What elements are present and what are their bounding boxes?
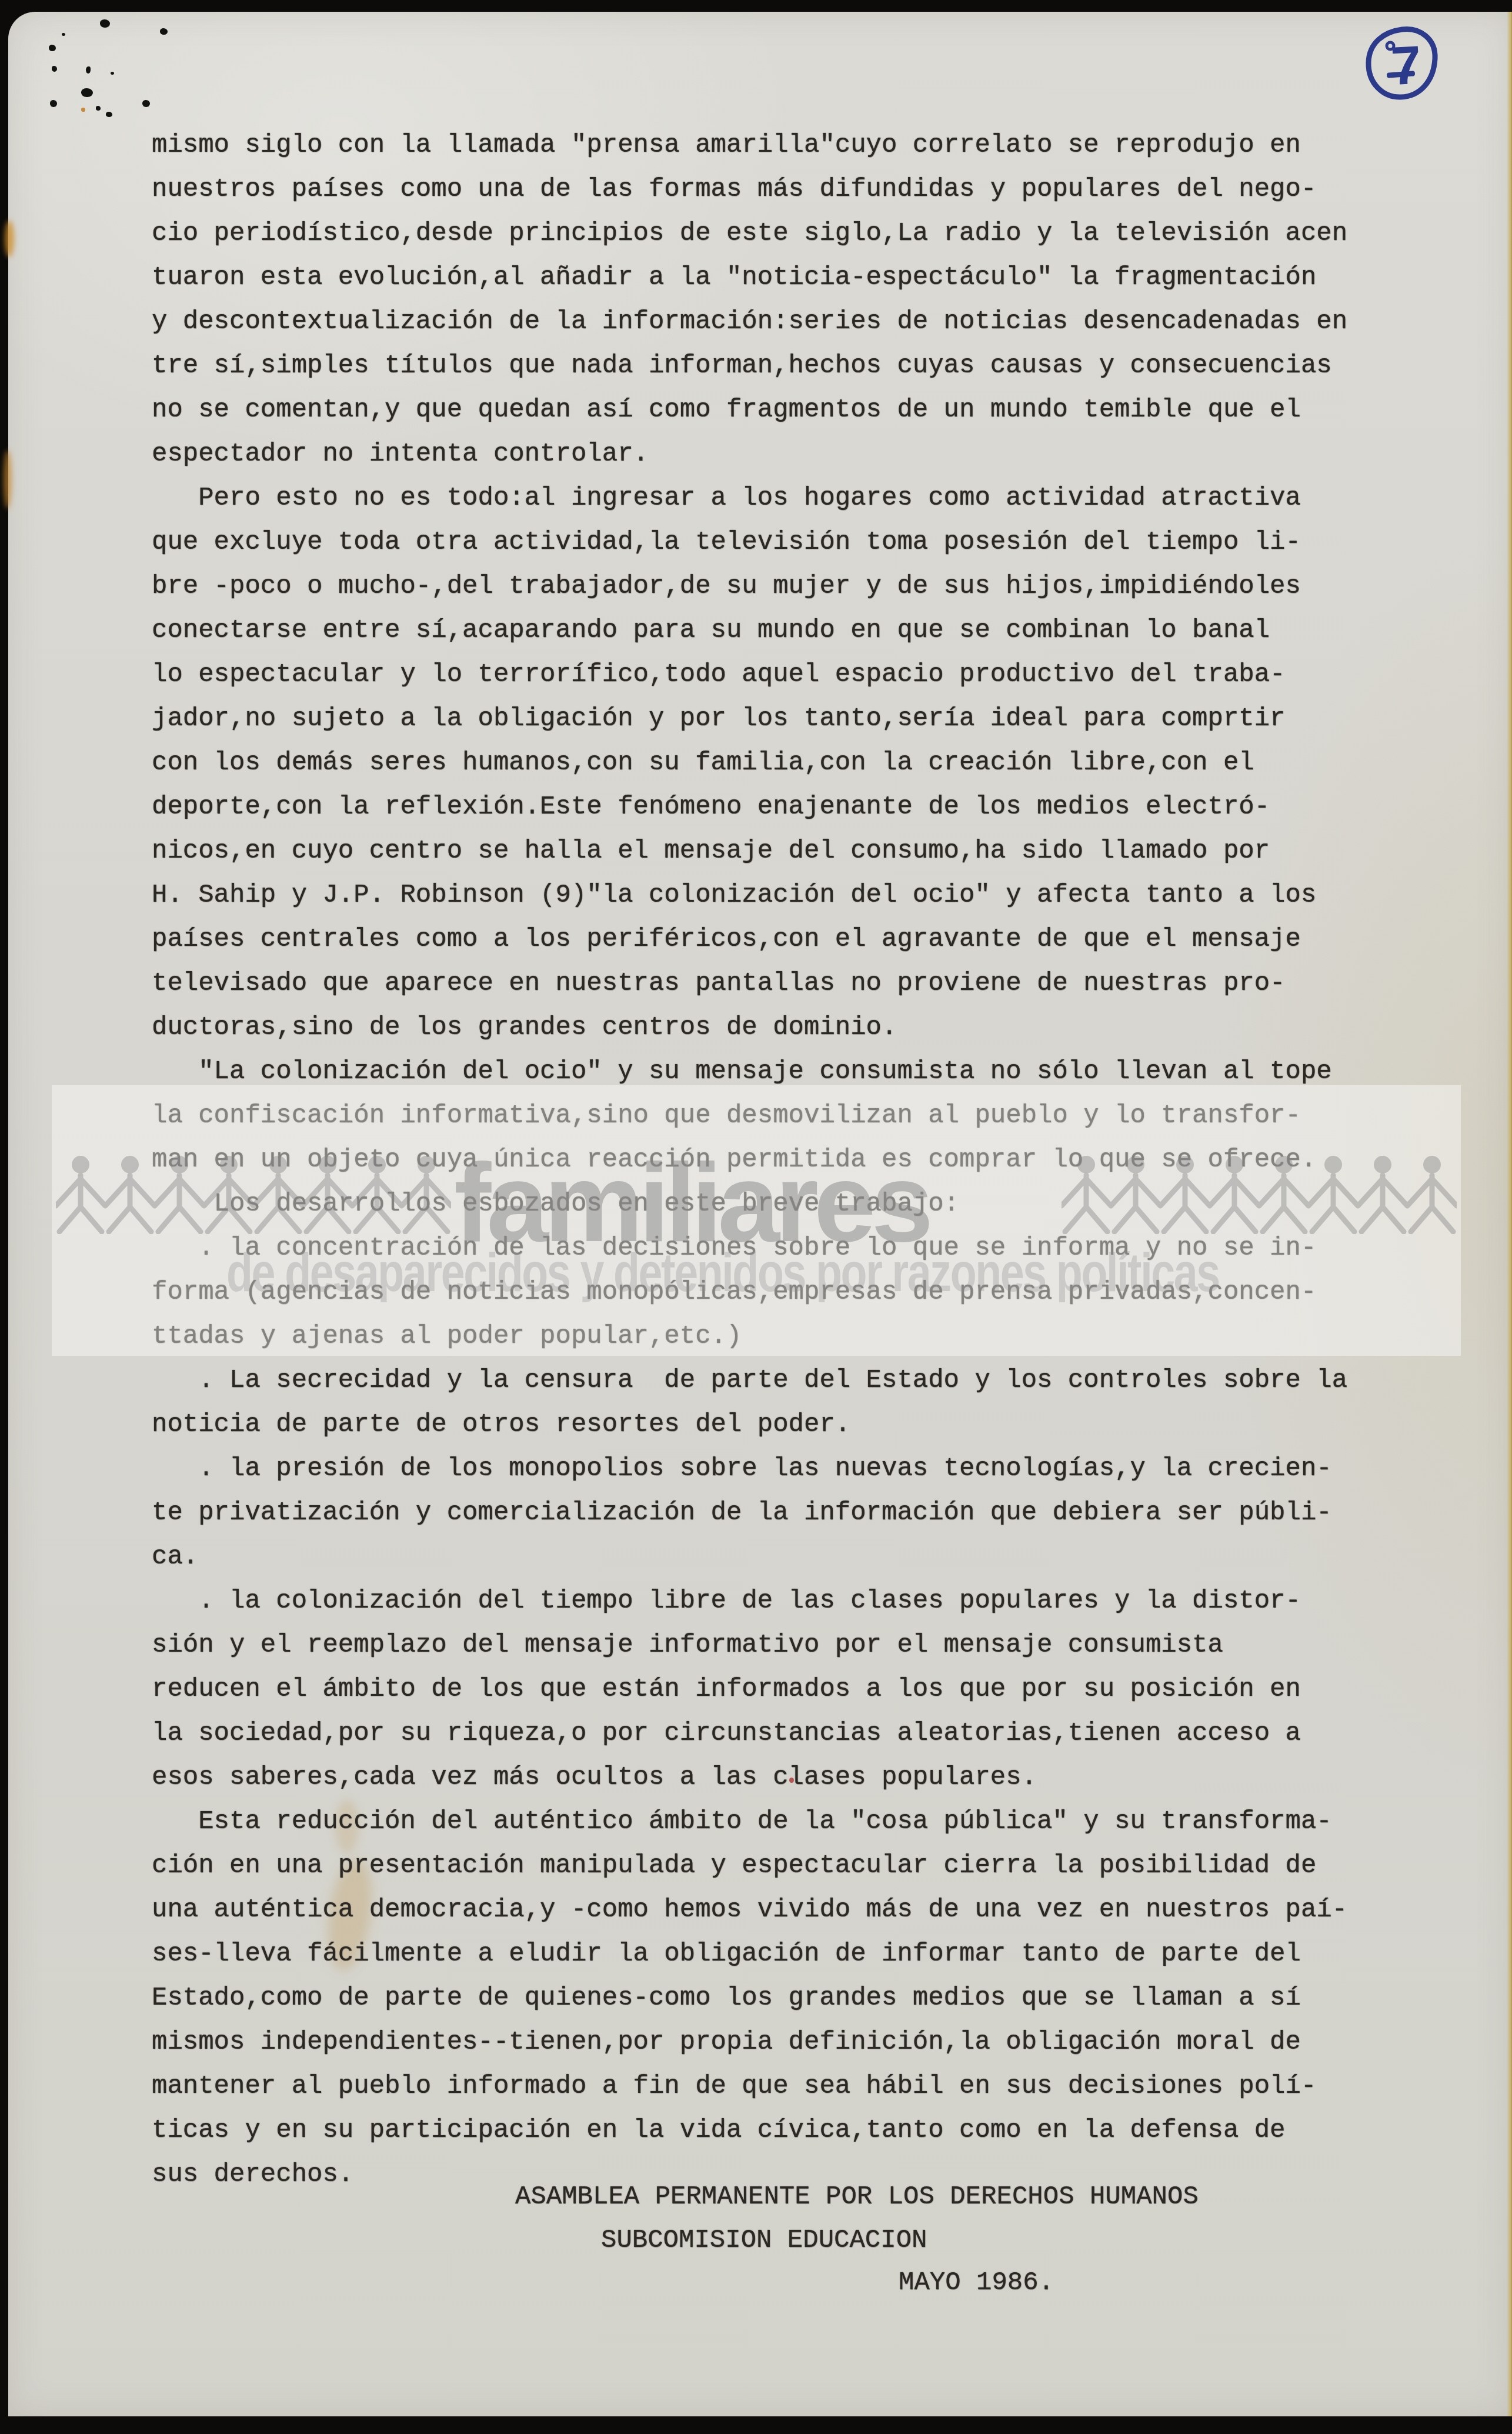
text-line: Esta reducción del auténtico ámbito de l… [152, 1800, 1446, 1844]
watermark-people-chain-left-icon [56, 1154, 451, 1234]
text-line: Estado,como de parte de quienes-como los… [152, 1976, 1446, 2020]
text-line: esos saberes,cada vez más ocultos a las … [152, 1756, 1446, 1800]
text-line: no se comentan,y que quedan así como fra… [152, 388, 1446, 432]
ink-speck [81, 88, 93, 97]
ink-speck [50, 100, 57, 107]
closing-organization-line: ASAMBLEA PERMANENTE POR LOS DERECHOS HUM… [515, 2180, 1199, 2214]
text-line: ses-lleva fácilmente a eludir la obligac… [152, 1932, 1446, 1976]
text-line: con los demás seres humanos,con su famil… [152, 741, 1446, 785]
text-line: mismo siglo con la llamada "prensa amari… [152, 124, 1446, 168]
closing-subcommission-line: SUBCOMISION EDUCACION [601, 2223, 927, 2258]
text-line: nuestros países como una de las formas m… [152, 168, 1446, 212]
text-line: H. Sahip y J.P. Robinson (9)"la coloniza… [152, 873, 1446, 918]
text-line: ticas y en su participación en la vida c… [152, 2109, 1446, 2153]
text-line: ductoras,sino de los grandes centros de … [152, 1006, 1446, 1050]
text-line: Pero esto no es todo:al ingresar a los h… [152, 476, 1446, 521]
edge-smudge [4, 450, 12, 509]
text-line: . la colonización del tiempo libre de la… [152, 1579, 1446, 1623]
text-line: . la presión de los monopolios sobre las… [152, 1447, 1446, 1491]
text-line: mantener al pueblo informado a fin de qu… [152, 2065, 1446, 2109]
ink-speck [111, 72, 114, 75]
watermark-subtitle: de desaparecidos y detenidos por razones… [226, 1246, 1219, 1300]
text-line: la sociedad,por su riqueza,o por circuns… [152, 1712, 1446, 1756]
text-line: nicos,en cuyo centro se halla el mensaje… [152, 829, 1446, 873]
text-line: bre -poco o mucho-,del trabajador,de su … [152, 565, 1446, 609]
scanned-document-photo: { "document": { "page_number": "7", "lin… [0, 0, 1512, 2434]
ink-speck [52, 66, 57, 72]
text-line: ción en una presentación manipulada y es… [152, 1844, 1446, 1888]
ink-speck [100, 19, 110, 28]
ink-speck [96, 106, 101, 111]
ink-speck [142, 100, 150, 107]
closing-date-line: MAYO 1986. [899, 2266, 1054, 2300]
text-line: jador,no sujeto a la obligación y por lo… [152, 697, 1446, 741]
text-line: deporte,con la reflexión.Este fenómeno e… [152, 785, 1446, 829]
paper-right-edge [1507, 12, 1512, 2416]
ink-speck [86, 66, 91, 74]
text-line: espectador no intenta controlar. [152, 432, 1446, 476]
watermark-people-chain-right-icon [1062, 1154, 1457, 1234]
text-line: que excluye toda otra actividad,la telev… [152, 521, 1446, 565]
ink-speck [62, 33, 65, 36]
text-line: noticia de parte de otros resortes del p… [152, 1403, 1446, 1447]
text-line: tuaron esta evolución,al añadir a la "no… [152, 256, 1446, 300]
ink-speck [106, 112, 112, 117]
ink-speck [81, 108, 85, 112]
text-line: te privatización y comercialización de l… [152, 1491, 1446, 1535]
watermark-title: familiares [454, 1147, 929, 1259]
text-line: sión y el reemplazo del mensaje informat… [152, 1623, 1446, 1668]
page-number-stamp: 7 [1360, 24, 1448, 112]
text-line: una auténtica democracia,y -como hemos v… [152, 1888, 1446, 1932]
edge-smudge [5, 221, 14, 257]
text-line: lo espectacular y lo terrorífico,todo aq… [152, 653, 1446, 697]
text-line: televisado que aparece en nuestras panta… [152, 962, 1446, 1006]
text-line: conectarse entre sí,acaparando para su m… [152, 609, 1446, 653]
text-line: ca. [152, 1535, 1446, 1579]
text-line: mismos independientes--tienen,por propia… [152, 2020, 1446, 2065]
text-line: cio periodístico,desde principios de est… [152, 212, 1446, 256]
text-line: y descontextualización de la información… [152, 300, 1446, 344]
page-number: 7 [1384, 35, 1428, 96]
ink-speck [49, 45, 56, 51]
text-line: reducen el ámbito de los que están infor… [152, 1668, 1446, 1712]
text-line: . La secrecidad y la censura de parte de… [152, 1359, 1446, 1403]
ink-speck [160, 28, 168, 35]
text-line: países centrales como a los periféricos,… [152, 918, 1446, 962]
text-line: tre sí,simples títulos que nada informan… [152, 344, 1446, 388]
